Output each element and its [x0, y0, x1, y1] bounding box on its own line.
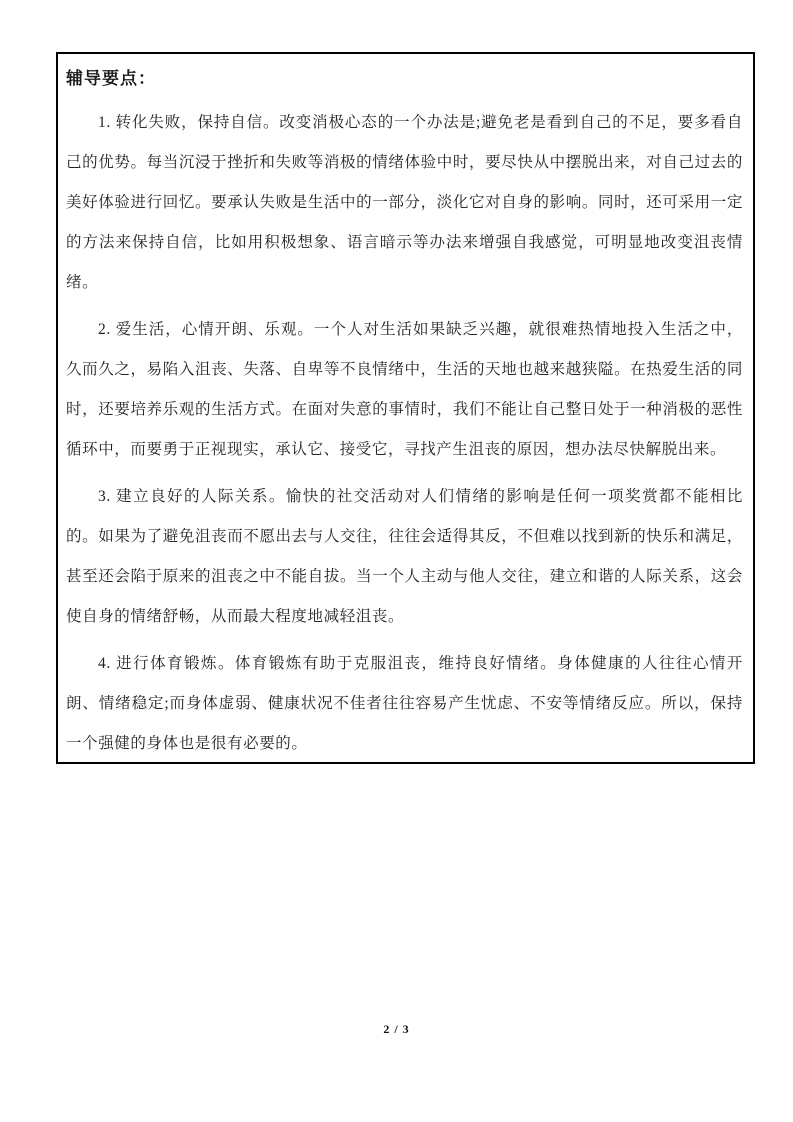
page-number: 2 / 3	[0, 1022, 793, 1037]
paragraph-3: 3. 建立良好的人际关系。愉快的社交活动对人们情绪的影响是任何一项奖赏都不能相比…	[66, 477, 743, 637]
paragraph-4: 4. 进行体育锻炼。体育锻炼有助于克服沮丧，维持良好情绪。身体健康的人往往心情开…	[66, 644, 743, 764]
section-heading: 辅导要点：	[66, 62, 743, 96]
document-page: 辅导要点： 1. 转化失败，保持自信。改变消极心态的一个办法是;避免老是看到自己…	[0, 0, 793, 1122]
paragraph-2: 2. 爱生活，心情开朗、乐观。一个人对生活如果缺乏兴趣，就很难热情地投入生活之中…	[66, 310, 743, 470]
paragraph-1: 1. 转化失败，保持自信。改变消极心态的一个办法是;避免老是看到自己的不足，要多…	[66, 103, 743, 303]
bordered-text-box: 辅导要点： 1. 转化失败，保持自信。改变消极心态的一个办法是;避免老是看到自己…	[56, 52, 755, 764]
